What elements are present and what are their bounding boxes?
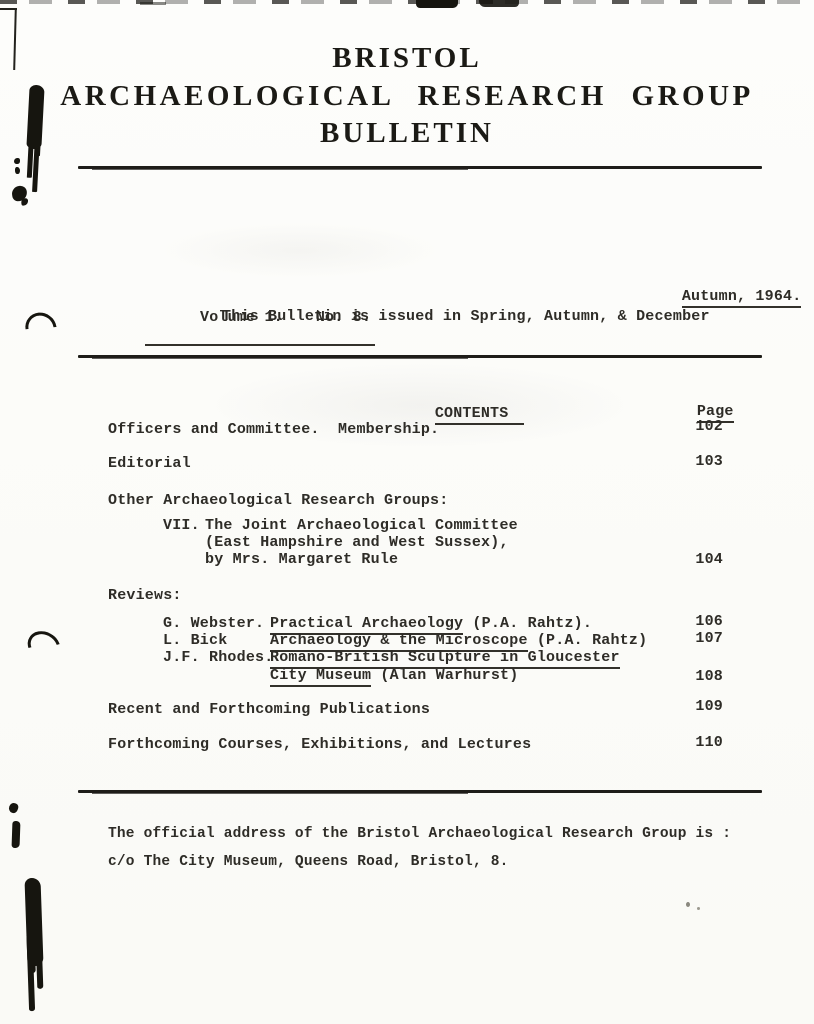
ink-speck [12, 821, 21, 848]
toc-section-groups: Other Archaeological Research Groups: [108, 492, 448, 509]
toc-entry-recent: Recent and Forthcoming Publications [108, 701, 430, 718]
punch-hole-mark [22, 625, 65, 666]
review-title: Romano-British Sculpture in Gloucester [270, 649, 620, 666]
scan-smudge [479, 0, 519, 7]
toc-entry-editorial: Editorial [108, 455, 191, 472]
review-page: 107 [660, 630, 723, 647]
toc-page-forthcoming: 110 [660, 734, 723, 751]
review-page: 108 [660, 668, 723, 685]
toc-group-line1: The Joint Archaeological Committee [205, 517, 518, 534]
ink-speck [14, 158, 20, 164]
ink-speck [15, 167, 20, 174]
horizontal-rule-top [78, 166, 762, 169]
scanned-bulletin-page: BRISTOL ARCHAEOLOGICAL RESEARCH GROUP BU… [0, 0, 814, 1024]
review-author: G. Webster. [163, 615, 264, 632]
review-title-continued: City Museum (Alan Warhurst) [270, 667, 518, 684]
horizontal-rule-middle [78, 355, 762, 358]
footer-address-line1: The official address of the Bristol Arch… [108, 826, 731, 842]
toc-entry-forthcoming: Forthcoming Courses, Exhibitions, and Le… [108, 736, 531, 753]
ink-speck [697, 907, 700, 910]
binding-ink-blob [24, 878, 43, 967]
toc-page-officers: 102 [660, 418, 723, 435]
masthead-line-3: BULLETIN [0, 115, 814, 153]
scan-smudge [140, 2, 166, 5]
toc-group-line3: by Mrs. Margaret Rule [205, 551, 398, 568]
review-author: J.F. Rhodes. [163, 649, 273, 666]
review-page: 106 [660, 613, 723, 630]
masthead-line-2: ARCHAEOLOGICAL RESEARCH GROUP [0, 78, 814, 116]
ink-blob [11, 185, 28, 202]
ink-speck [686, 902, 690, 907]
toc-group-line2: (East Hampshire and West Sussex), [205, 534, 509, 551]
toc-section-reviews: Reviews: [108, 587, 182, 604]
footer-address-line2: c/o The City Museum, Queens Road, Bristo… [108, 854, 509, 870]
punch-hole-mark [19, 306, 63, 349]
scan-top-edge-line [0, 0, 814, 4]
issue-note: This Bulletin is issued in Spring, Autum… [222, 308, 710, 325]
ink-speck [8, 802, 20, 814]
masthead: BRISTOL ARCHAEOLOGICAL RESEARCH GROUP BU… [0, 40, 814, 153]
scan-smudge [416, 0, 458, 8]
toc-group-numeral: VII. [163, 517, 200, 534]
review-title: Practical Archaeology (P.A. Rahtz). [270, 615, 592, 632]
toc-page-recent: 109 [660, 698, 723, 715]
masthead-line-1: BRISTOL [0, 40, 814, 78]
horizontal-rule-bottom [78, 790, 762, 793]
toc-page-editorial: 103 [660, 453, 723, 470]
review-title: Archaeology & the Microscope (P.A. Rahtz… [270, 632, 647, 649]
toc-page-groups: 104 [660, 551, 723, 568]
review-author: L. Bick [163, 632, 227, 649]
toc-entry-officers: Officers and Committee. Membership. [108, 421, 439, 438]
